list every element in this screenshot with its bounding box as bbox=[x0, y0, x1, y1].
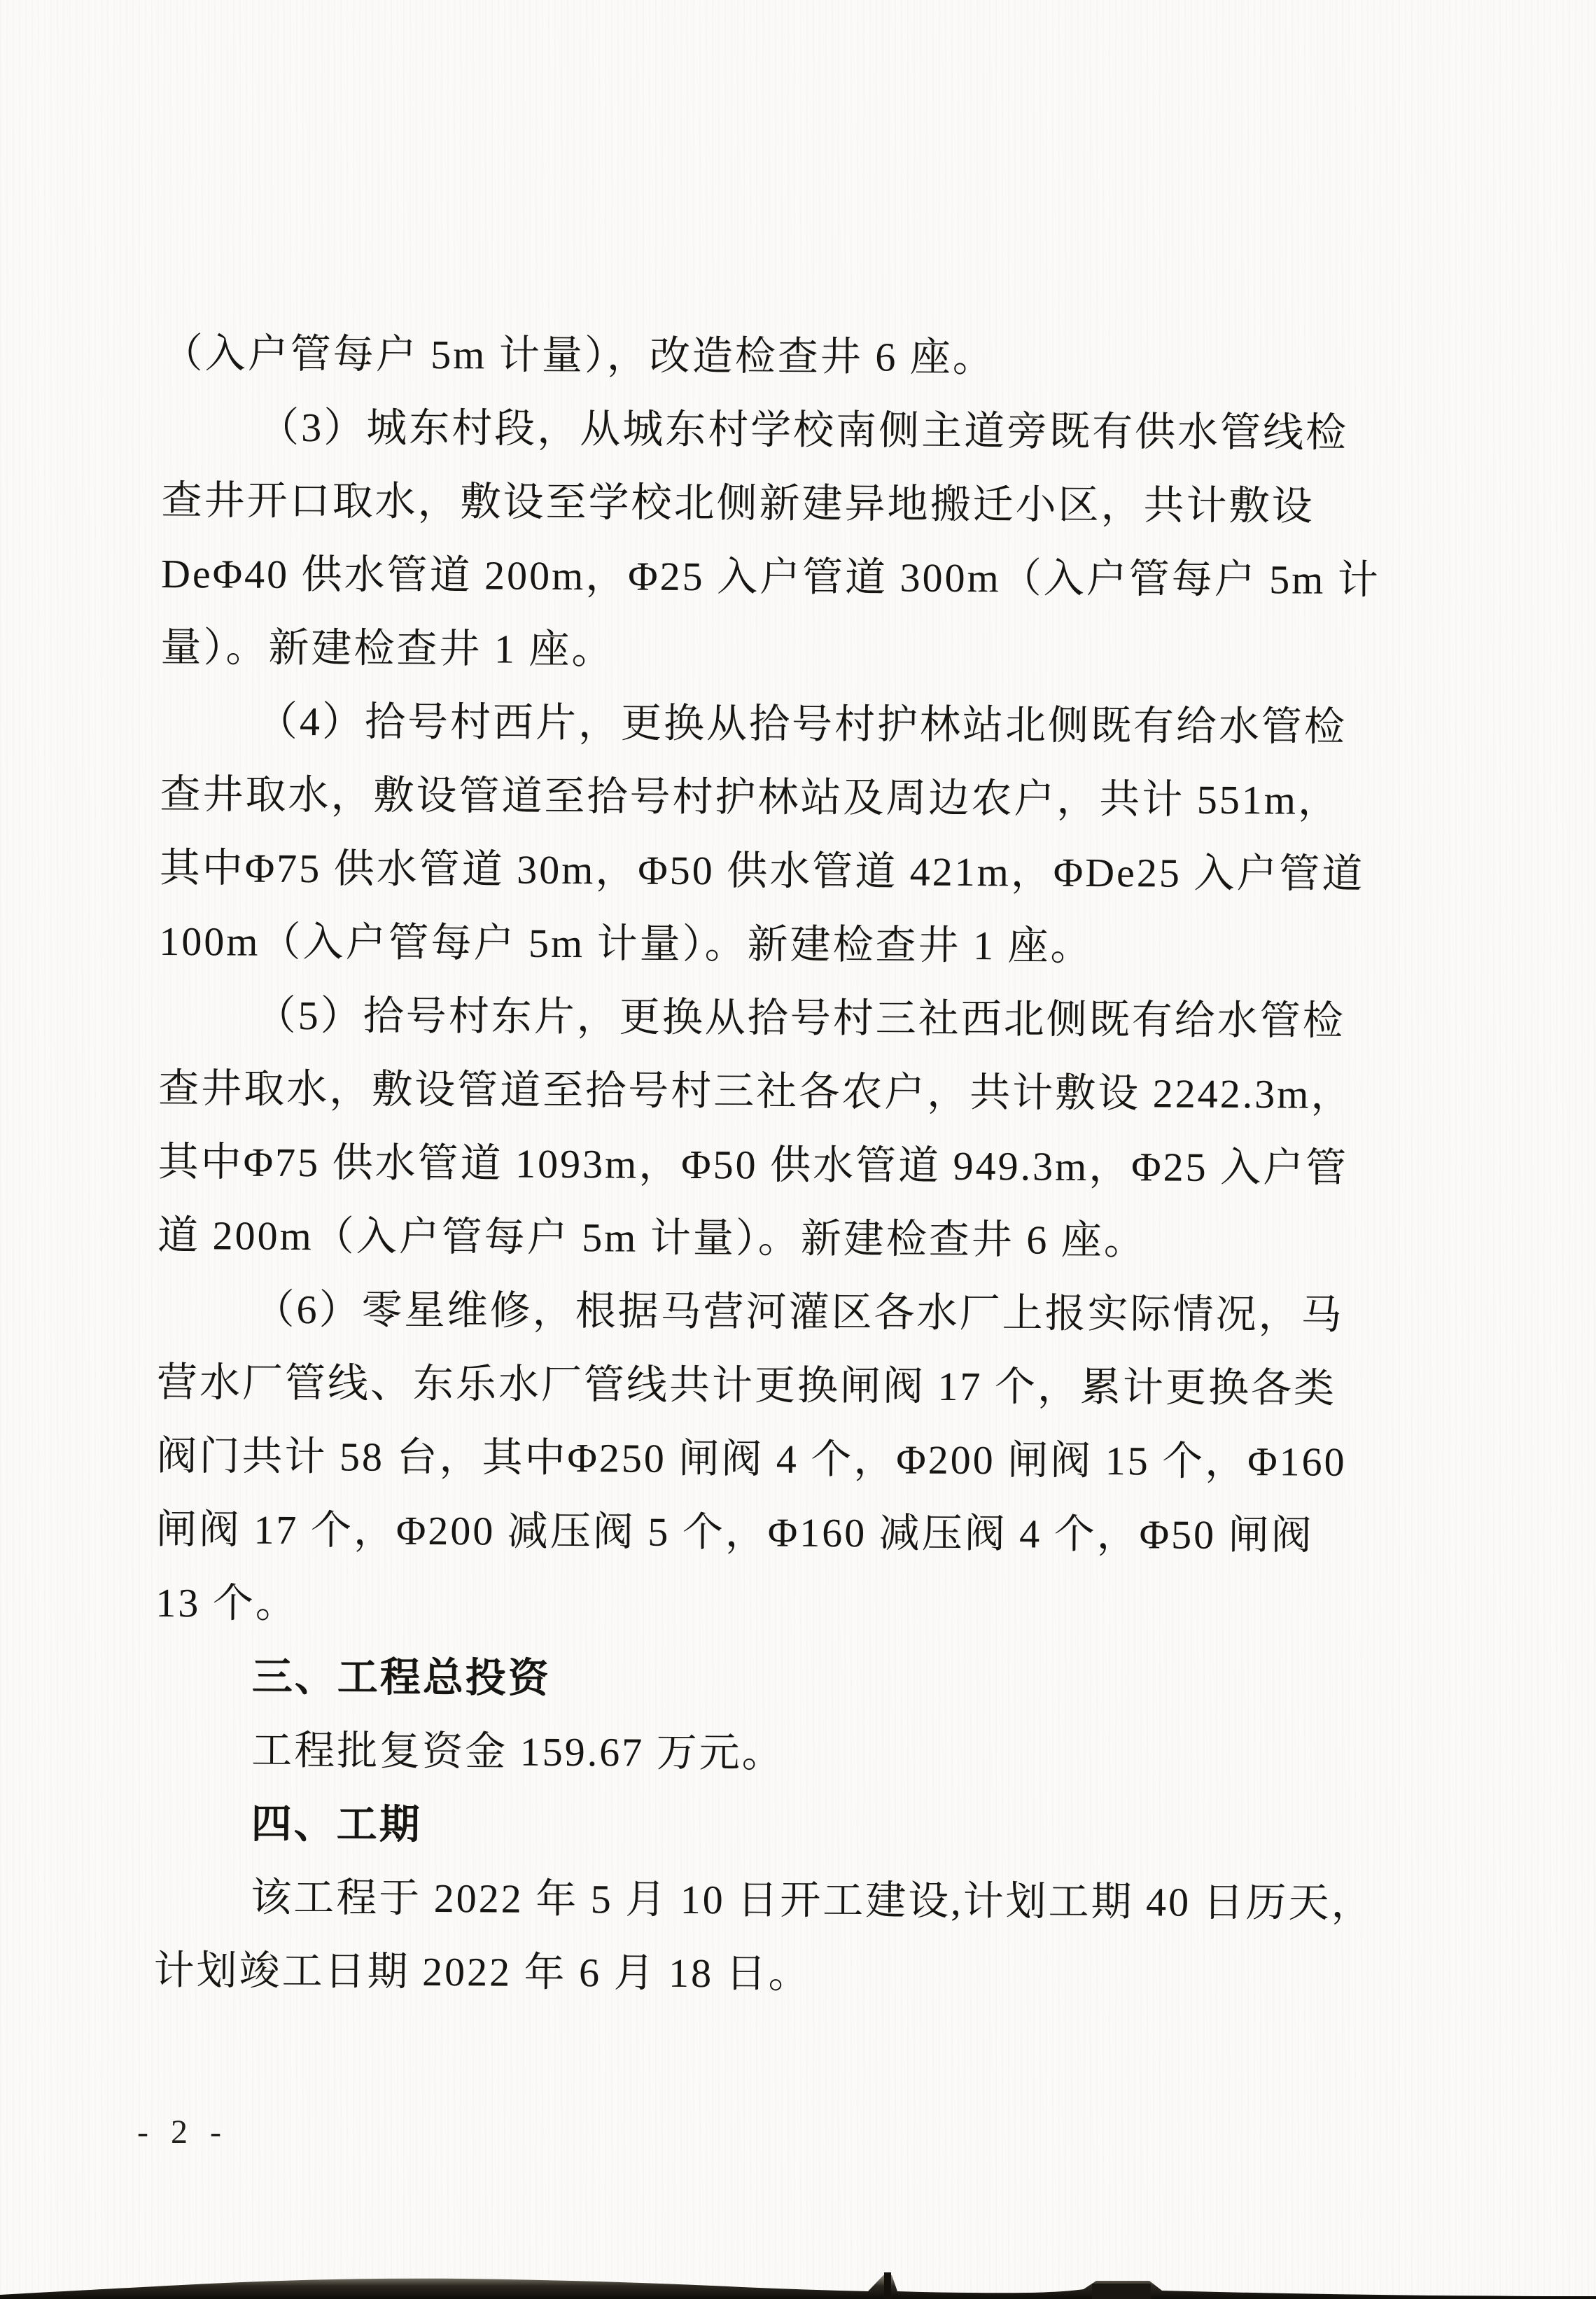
scanner-edge-shadow bbox=[0, 2268, 1596, 2299]
text-line: （5）拾号村东片，更换从拾号村三社西北侧既有给水管检 bbox=[159, 978, 1448, 1058]
text-line: 查井取水，敷设管道至拾号村三社各农户，共计敷设 2242.3m， bbox=[158, 1051, 1447, 1132]
document-body: （入户管每户 5m 计量），改造检查井 6 座。（3）城东村段，从城东村学校南侧… bbox=[153, 316, 1450, 2014]
text-line: 闸阀 17 个，Φ200 减压阀 5 个，Φ160 减压阀 4 个，Φ50 闸阀 bbox=[156, 1493, 1445, 1573]
page-number: - 2 - bbox=[137, 2113, 228, 2151]
text-line: 13 个。 bbox=[155, 1566, 1444, 1647]
text-line: （入户管每户 5m 计量），改造检查井 6 座。 bbox=[162, 316, 1450, 397]
text-line: 量）。新建检查井 1 座。 bbox=[160, 610, 1449, 691]
text-line: 该工程于 2022 年 5 月 10 日开工建设,计划工期 40 日历天， bbox=[154, 1860, 1443, 1941]
text-line: 计划竣工日期 2022 年 6 月 18 日。 bbox=[153, 1934, 1442, 2014]
text-line: 其中Φ75 供水管道 30m，Φ50 供水管道 421m，ΦDe25 入户管道 bbox=[160, 831, 1448, 911]
section-heading: 三、工程总投资 bbox=[155, 1640, 1444, 1720]
text-line: （6）零星维修，根据马营河灌区各水厂上报实际情况，马 bbox=[157, 1272, 1445, 1353]
text-line: 查井开口取水，敷设至学校北侧新建异地搬迁小区，共计敷设 bbox=[161, 463, 1450, 544]
section-heading: 四、工期 bbox=[154, 1787, 1443, 1867]
text-line: DeΦ40 供水管道 200m，Φ25 入户管道 300m（入户管每户 5m 计 bbox=[161, 537, 1450, 617]
text-line: 道 200m（入户管每户 5m 计量）。新建检查井 6 座。 bbox=[157, 1199, 1446, 1279]
text-line: 其中Φ75 供水管道 1093m，Φ50 供水管道 949.3m，Φ25 入户管 bbox=[157, 1125, 1446, 1206]
text-line: （4）拾号村西片，更换从拾号村护林站北侧既有给水管检 bbox=[160, 684, 1449, 764]
text-line: 查井取水，敷设管道至拾号村护林站及周边农户，共计 551m， bbox=[160, 757, 1448, 838]
text-line: 营水厂管线、东乐水厂管线共计更换闸阀 17 个，累计更换各类 bbox=[157, 1346, 1445, 1426]
text-line: （3）城东村段，从城东村学校南侧主道旁既有供水管线检 bbox=[162, 390, 1450, 470]
document-page: （入户管每户 5m 计量），改造检查井 6 座。（3）城东村段，从城东村学校南侧… bbox=[0, 0, 1596, 2299]
text-line: 工程批复资金 159.67 万元。 bbox=[155, 1713, 1443, 1794]
text-line: 阀门共计 58 台，其中Φ250 闸阀 4 个，Φ200 闸阀 15 个，Φ16… bbox=[156, 1419, 1445, 1500]
text-line: 100m（入户管每户 5m 计量）。新建检查井 1 座。 bbox=[159, 904, 1448, 985]
